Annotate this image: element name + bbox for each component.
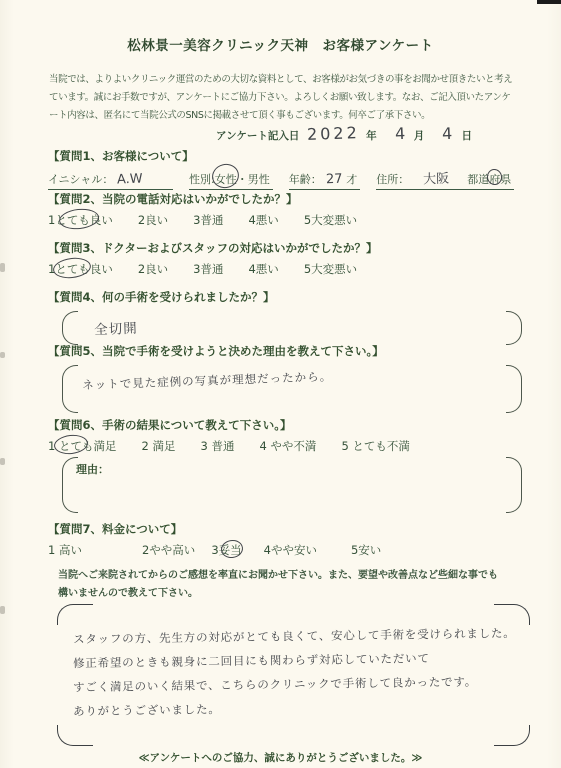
footer-thanks: ≪アンケートへのご協力、誠にありがとうございました。≫ bbox=[0, 750, 561, 765]
q3-option-3: 3普通 bbox=[193, 261, 223, 277]
q7-option-3: 3妥当 bbox=[211, 542, 241, 558]
box-corner bbox=[57, 725, 93, 746]
question-5-answer-box: ネットで見た症例の写真が理想だったから。 bbox=[62, 364, 522, 414]
feedback-handwritten-text: スタッフの方、先生方の対応がとても良くて、安心して手術を受けられました。 修正希… bbox=[57, 604, 530, 720]
age-unit: 才 bbox=[346, 171, 357, 187]
initial-handwritten-value: A.W bbox=[113, 171, 147, 187]
q5-handwritten-answer: ネットで見た症例の写真が理想だったから。 bbox=[62, 359, 333, 393]
scan-artifact bbox=[0, 352, 5, 358]
feedback-answer-box: スタッフの方、先生方の対応がとても良くて、安心して手術を受けられました。 修正希… bbox=[57, 604, 530, 746]
q7-option-4: 4やや安い bbox=[264, 542, 317, 558]
box-corner bbox=[494, 725, 530, 746]
date-label: アンケート記入日 bbox=[216, 128, 299, 143]
q6-option-4: 4 やや不満 bbox=[259, 438, 316, 454]
q2-option-2: 2良い bbox=[138, 212, 168, 228]
q2-option-4: 4悪い bbox=[248, 212, 278, 228]
question-1: 【質問1、お客様について】 イニシャル： A.W 性別: 女性 ・男性 年齢： … bbox=[48, 148, 531, 190]
gender-selected-option: 女性 bbox=[215, 171, 237, 187]
q7-option-1: 1 高い bbox=[48, 542, 82, 558]
age-handwritten-value: 27 bbox=[321, 172, 346, 188]
initial-field: イニシャル： A.W bbox=[48, 171, 173, 190]
question-6-options: 1 とても満足 2 満足 3 普通 4 やや不満 5 とても不満 bbox=[48, 438, 531, 454]
feedback-line: ありがとうございました。 bbox=[73, 693, 530, 723]
question-6-heading: 【質問6、手術の結果について教えて下さい。】 bbox=[48, 417, 531, 433]
prefecture-circled-char: 府 bbox=[489, 173, 500, 186]
survey-date-line: アンケート記入日 2022 年 4 月 4 日 bbox=[216, 124, 482, 143]
question-7-options: 1 高い 2やや高い 3妥当 4やや安い 5安い bbox=[48, 542, 531, 558]
q3-option-5: 5大変悪い bbox=[304, 261, 357, 277]
question-5-heading: 【質問5、当院で手術を受けようと決めた理由を教えて下さい。】 bbox=[48, 343, 531, 359]
q2-option-1: 1とても良い bbox=[48, 212, 113, 228]
reason-label: 理由： bbox=[62, 456, 522, 477]
q7-option-3-label: 3妥当 bbox=[211, 543, 241, 557]
age-label: 年齢： bbox=[289, 171, 322, 187]
scan-artifact bbox=[0, 606, 5, 614]
scan-artifact bbox=[537, 0, 561, 4]
q3-option-1-label: 1とても良い bbox=[48, 262, 113, 276]
year-unit: 年 bbox=[366, 128, 377, 143]
scan-artifact bbox=[0, 458, 5, 465]
feedback-prompt: 当院へご来院されてからのご感想を率直にお聞かせ下さい。また、要望や改善点など些細… bbox=[58, 567, 498, 602]
q6-option-5: 5 とても不満 bbox=[341, 438, 409, 454]
address-label: 住所： bbox=[376, 171, 409, 187]
q2-option-3: 3普通 bbox=[193, 212, 223, 228]
intro-line: ート内容は、匿名にて当院公式のSNSに掲載させて頂く事もございます。何卒ご了承下… bbox=[49, 107, 512, 125]
prefecture-suffix-post: 県 bbox=[500, 171, 511, 187]
intro-text: 当院では、よりよいクリニック運営のための大切な資料として、お客様がお気づきの事を… bbox=[49, 71, 512, 125]
scan-artifact bbox=[0, 263, 5, 272]
feedback-prompt-line: 構いませんので教えて下さい。 bbox=[58, 585, 498, 603]
feedback-prompt-line: 当院へご来院されてからのご感想を率直にお聞かせ下さい。また、要望や改善点など些細… bbox=[58, 567, 498, 585]
page-title: 松林景一美容クリニック天神 お客様アンケート bbox=[0, 34, 561, 54]
question-7: 【質問7、料金について】 1 高い 2やや高い 3妥当 4やや安い 5安い bbox=[48, 521, 531, 558]
question-1-fields: イニシャル： A.W 性別: 女性 ・男性 年齢： 27 才 住所： 大阪 都道 bbox=[48, 168, 531, 190]
question-7-heading: 【質問7、料金について】 bbox=[48, 521, 531, 537]
question-3: 【質問3、ドクターおよびスタッフの対応はいかがでしたか？】 1とても良い 2良い… bbox=[48, 240, 531, 277]
age-field: 年齢： 27 才 bbox=[289, 171, 361, 190]
question-4-answer-box: 全切開 bbox=[62, 310, 522, 346]
intro-line: ています。誠にお手数ですが、アンケートにご協力下さい。よろしくお願い致します。な… bbox=[49, 89, 512, 107]
box-corner bbox=[57, 604, 93, 625]
address-handwritten-value: 大阪 bbox=[419, 167, 454, 187]
question-4-heading: 【質問4、何の手術を受けられましたか？】 bbox=[48, 289, 531, 305]
question-1-heading: 【質問1、お客様について】 bbox=[48, 148, 531, 164]
prefecture-suffix-pre: 都道 bbox=[467, 171, 489, 187]
month-unit: 月 bbox=[414, 128, 425, 143]
prefecture-circled: 府 bbox=[489, 171, 500, 187]
address-field: 住所： 大阪 都道 府 県 bbox=[376, 168, 514, 190]
q3-option-4: 4悪い bbox=[248, 261, 278, 277]
gender-label: 性別: bbox=[189, 171, 215, 187]
question-3-heading: 【質問3、ドクターおよびスタッフの対応はいかがでしたか？】 bbox=[48, 240, 531, 256]
q3-option-2: 2良い bbox=[138, 261, 168, 277]
q6-option-2: 2 満足 bbox=[141, 438, 175, 454]
date-day-handwritten: 4 bbox=[442, 124, 456, 143]
q2-option-1-label: 1とても良い bbox=[48, 213, 113, 227]
scanned-survey-page: 松林景一美容クリニック天神 お客様アンケート 当院では、よりよいクリニック運営の… bbox=[0, 0, 561, 768]
q6-option-1: 1 とても満足 bbox=[48, 438, 116, 454]
date-month-handwritten: 4 bbox=[394, 124, 408, 143]
gender-field: 性別: 女性 ・男性 bbox=[189, 171, 273, 190]
q4-handwritten-answer: 全切開 bbox=[62, 309, 138, 340]
q7-option-5: 5安い bbox=[351, 542, 381, 558]
question-2-options: 1とても良い 2良い 3普通 4悪い 5大変悪い bbox=[48, 212, 531, 228]
question-6-reason-box: 理由： bbox=[62, 456, 522, 514]
day-unit: 日 bbox=[461, 128, 472, 143]
q2-option-5: 5大変悪い bbox=[304, 212, 357, 228]
question-2: 【質問2、当院の電話対応はいかがでしたか？】 1とても良い 2良い 3普通 4悪… bbox=[48, 191, 531, 228]
initial-label: イニシャル： bbox=[48, 171, 113, 187]
q6-option-3: 3 普通 bbox=[200, 438, 234, 454]
q6-option-1-label: 1 とても満足 bbox=[48, 439, 116, 453]
question-3-options: 1とても良い 2良い 3普通 4悪い 5大変悪い bbox=[48, 261, 531, 277]
date-year-handwritten: 2022 bbox=[307, 123, 360, 144]
gender-selected-label: 女性 bbox=[215, 173, 237, 186]
q7-option-2: 2やや高い bbox=[142, 542, 195, 558]
q3-option-1: 1とても良い bbox=[48, 261, 113, 277]
question-2-heading: 【質問2、当院の電話対応はいかがでしたか？】 bbox=[48, 191, 531, 207]
intro-line: 当院では、よりよいクリニック運営のための大切な資料として、お客様がお気づきの事を… bbox=[49, 71, 512, 89]
question-5: 【質問5、当院で手術を受けようと決めた理由を教えて下さい。】 ネットで見た症例の… bbox=[48, 343, 531, 414]
question-6: 【質問6、手術の結果について教えて下さい。】 1 とても満足 2 満足 3 普通… bbox=[48, 417, 531, 514]
question-4: 【質問4、何の手術を受けられましたか？】 全切開 bbox=[48, 289, 531, 346]
gender-other-option: ・男性 bbox=[237, 171, 270, 187]
